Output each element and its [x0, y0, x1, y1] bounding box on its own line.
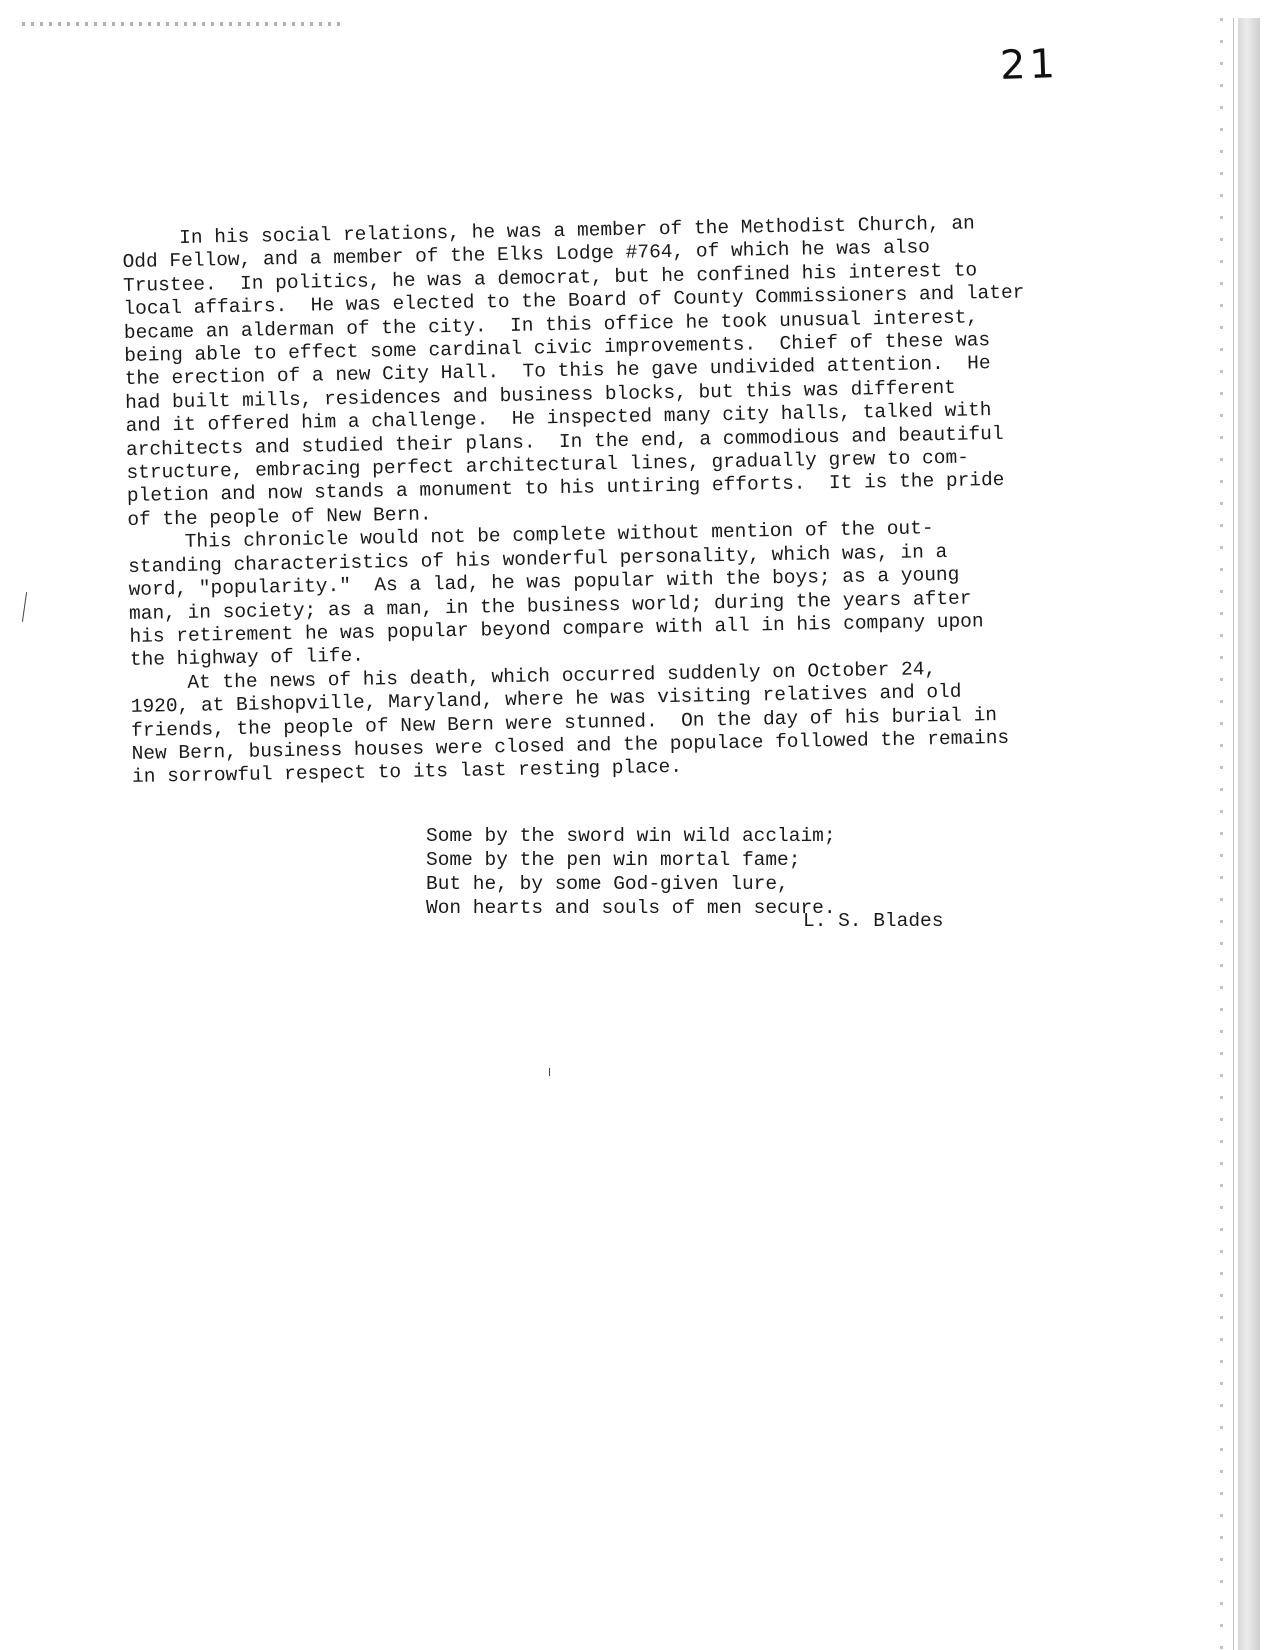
stray-mark	[22, 592, 27, 622]
stray-mark	[549, 1068, 550, 1076]
paragraph-social-relations: In his social relations, he was a member…	[122, 211, 1047, 532]
poem-line: Some by the sword win wild acclaim;	[426, 824, 836, 848]
poem-line: Won hearts and souls of men secure.	[426, 896, 836, 920]
paragraph-death: At the news of his death, which occurred…	[130, 656, 1052, 790]
scan-edge-dots	[1220, 18, 1223, 1650]
scan-page-edge	[1238, 18, 1260, 1650]
poem-line: Some by the pen win mortal fame;	[426, 848, 836, 872]
paragraph-personality: This chronicle would not be complete wit…	[128, 515, 1050, 672]
poem: Some by the sword win wild acclaim; Some…	[426, 824, 836, 920]
document-body: In his social relations, he was a member…	[122, 211, 1052, 790]
scan-edge-line	[1233, 18, 1234, 1650]
scan-noise-top	[22, 22, 342, 26]
poem-line: But he, by some God-given lure,	[426, 872, 836, 896]
handwritten-page-number: 21	[999, 41, 1059, 89]
poem-attribution: L. S. Blades	[803, 910, 943, 932]
